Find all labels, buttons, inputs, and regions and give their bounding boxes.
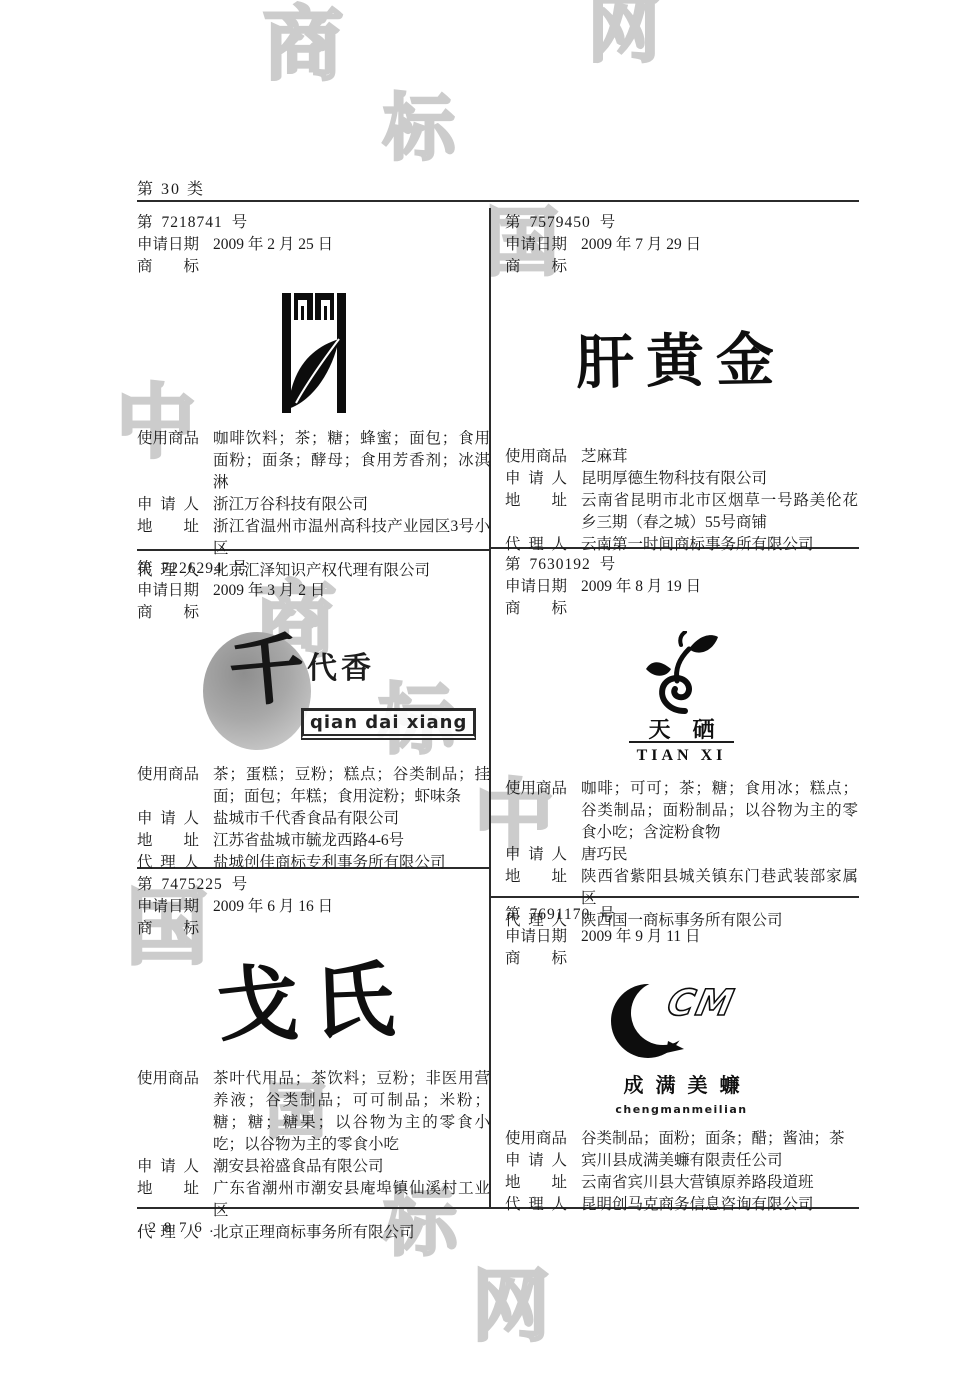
no-suffix: 号 (600, 556, 616, 573)
application-date: 2009 年 6 月 16 日 (213, 896, 490, 918)
date-label: 申请日期 (137, 580, 199, 602)
mark-label: 商标 (505, 256, 567, 278)
applicant-line: 申请人 唐巧民 (505, 844, 858, 866)
logo-latin-text: TIAN XI (629, 741, 735, 767)
application-date: 2009 年 2 月 25 日 (213, 234, 490, 256)
applicant-value: 盐城市千代香食品有限公司 (213, 808, 490, 830)
address-label: 地址 (137, 516, 199, 538)
applicant-line: 申请人 浙江万谷科技有限公司 (137, 494, 490, 516)
applicant-line: 申请人 潮安县裕盛食品有限公司 (137, 1156, 490, 1178)
watermark-char: 商 (263, 5, 343, 85)
agent-label: 代理人 (137, 1222, 199, 1244)
registration-number: 7630192 (530, 556, 591, 573)
application-date-line: 申请日期 2009 年 7 月 29 日 (505, 234, 858, 256)
date-label: 申请日期 (505, 234, 567, 256)
no-suffix: 号 (599, 906, 615, 923)
agent-value: 云南第一时间商标事务所有限公司 (581, 534, 858, 556)
applicant-label: 申请人 (505, 1150, 567, 1172)
application-date: 2009 年 8 月 19 日 (581, 576, 858, 598)
registration-number-line: 第7691170号 (505, 904, 858, 926)
goods-label: 使用商品 (137, 764, 199, 786)
mark-label-line: 商标 (505, 256, 858, 278)
agent-line: 代理人 云南第一时间商标事务所有限公司 (505, 534, 858, 556)
goods-value: 咖啡饮料；茶；糖；蜂蜜；面包；食用面粉；面条；酵母；食用芳香剂；冰淇淋 (213, 428, 490, 494)
address-line: 地址 浙江省温州市温州高科技产业园区3号小区 (137, 516, 490, 560)
trademark-entry: 第7579450号 申请日期 2009 年 7 月 29 日 商标 肝黄金 使用… (505, 212, 858, 556)
trademark-logo-qiandaixiang: 千 代香 qian dai xiang (137, 624, 490, 764)
agent-line: 代理人 盐城创佳商标专利事务所有限公司 (137, 852, 490, 874)
application-date-line: 申请日期 2009 年 3 月 2 日 (137, 580, 490, 602)
applicant-label: 申请人 (137, 1156, 199, 1178)
no-prefix: 第 (137, 876, 153, 893)
registration-number: 7226294 (162, 560, 223, 577)
goods-label: 使用商品 (505, 778, 567, 800)
application-date-line: 申请日期 2009 年 2 月 25 日 (137, 234, 490, 256)
logo-monogram: CM (665, 993, 736, 1015)
applicant-value: 宾川县成满美蠊有限责任公司 (581, 1150, 858, 1172)
address-line: 地址 江苏省盐城市毓龙西路4-6号 (137, 830, 490, 852)
trademark-entry: 第7226294号 申请日期 2009 年 3 月 2 日 商标 千 代香 qi… (137, 558, 490, 874)
logo-calligraphy-text: 戈氏 (217, 990, 410, 1019)
door-leaf-icon (282, 293, 346, 413)
mark-label-line: 商标 (505, 948, 858, 970)
application-date-line: 申请日期 2009 年 6 月 16 日 (137, 896, 490, 918)
no-prefix: 第 (505, 906, 521, 923)
applicant-label: 申请人 (505, 468, 567, 490)
applicant-line: 申请人 宾川县成满美蠊有限责任公司 (505, 1150, 858, 1172)
trademark-entry: 第7218741号 申请日期 2009 年 2 月 25 日 商标 使用商品 咖… (137, 212, 490, 582)
agent-line: 代理人 昆明创马克商务信息咨询有限公司 (505, 1194, 858, 1216)
goods-value: 芝麻茸 (581, 446, 858, 468)
trademark-entry: 第7691170号 申请日期 2009 年 9 月 11 日 商标 CM 成满美… (505, 904, 858, 1216)
mark-label-line: 商标 (505, 598, 858, 620)
no-prefix: 第 (505, 556, 521, 573)
applicant-line: 申请人 盐城市千代香食品有限公司 (137, 808, 490, 830)
agent-label: 代理人 (137, 852, 199, 874)
date-label: 申请日期 (137, 896, 199, 918)
mark-label: 商标 (137, 602, 199, 624)
logo-sub-chars: 代香 (307, 654, 375, 684)
mark-label: 商标 (137, 918, 199, 940)
header-rule (137, 200, 859, 202)
address-value: 云南省昆明市北市区烟草一号路美伦花乡三期（春之城）55号商铺 (581, 490, 858, 534)
goods-label: 使用商品 (505, 446, 567, 468)
mark-label-line: 商标 (137, 602, 490, 624)
trademark-logo-geshi: 戈氏 (137, 940, 490, 1068)
logo-calligraphy-text: 肝黄金 (576, 349, 786, 375)
no-prefix: 第 (505, 214, 521, 231)
class-header: 第 30 类 (137, 176, 205, 199)
applicant-value: 浙江万谷科技有限公司 (213, 494, 490, 516)
registration-number: 7691170 (530, 906, 591, 923)
trademark-entry: 第7630192号 申请日期 2009 年 8 月 19 日 商标 天硒 TIA… (505, 554, 858, 932)
registration-number: 7218741 (162, 214, 223, 231)
goods-value: 茶叶代用品；茶饮料；豆粉；非医用营养液；谷类制品；可可制品；米粉；糖；糖；糖果；… (213, 1068, 490, 1156)
registration-number-line: 第7475225号 (137, 874, 490, 896)
date-label: 申请日期 (505, 926, 567, 948)
goods-line: 使用商品 咖啡饮料；茶；糖；蜂蜜；面包；食用面粉；面条；酵母；食用芳香剂；冰淇淋 (137, 428, 490, 494)
applicant-value: 唐巧民 (581, 844, 858, 866)
applicant-line: 申请人 昆明厚德生物科技有限公司 (505, 468, 858, 490)
goods-line: 使用商品 芝麻茸 (505, 446, 858, 468)
goods-label: 使用商品 (137, 1068, 199, 1090)
agent-value: 昆明创马克商务信息咨询有限公司 (581, 1194, 858, 1216)
address-value: 浙江省温州市温州高科技产业园区3号小区 (213, 516, 490, 560)
no-suffix: 号 (232, 214, 248, 231)
trademark-logo-ganhuangjin: 肝黄金 (505, 278, 858, 446)
registration-number: 7475225 (162, 876, 223, 893)
address-label: 地址 (137, 830, 199, 852)
goods-line: 使用商品 茶叶代用品；茶饮料；豆粉；非医用营养液；谷类制品；可可制品；米粉；糖；… (137, 1068, 490, 1156)
address-value: 广东省潮州市潮安县庵埠镇仙溪村工业区 (213, 1178, 490, 1222)
logo-cn-text: 天硒 (626, 719, 736, 741)
address-line: 地址 广东省潮州市潮安县庵埠镇仙溪村工业区 (137, 1178, 490, 1222)
goods-line: 使用商品 谷类制品；面粉；面条；醋；酱油；茶 (505, 1128, 858, 1150)
mark-label: 商标 (137, 256, 199, 278)
application-date: 2009 年 9 月 11 日 (581, 926, 858, 948)
address-label: 地址 (505, 490, 567, 512)
mark-label-line: 商标 (137, 256, 490, 278)
goods-value: 谷类制品；面粉；面条；醋；酱油；茶 (581, 1128, 858, 1150)
agent-value: 北京正理商标事务所有限公司 (213, 1222, 490, 1244)
logo-latin-text: chengmanmeilian (615, 1099, 747, 1121)
registration-number-line: 第7579450号 (505, 212, 858, 234)
logo-latin-text: qian dai xiang (301, 708, 476, 740)
watermark-char: 网 (472, 1268, 550, 1346)
registration-number-line: 第7218741号 (137, 212, 490, 234)
application-date: 2009 年 7 月 29 日 (581, 234, 858, 256)
logo-main-char: 千 (226, 631, 308, 713)
goods-label: 使用商品 (505, 1128, 567, 1150)
mark-label-line: 商标 (137, 918, 490, 940)
applicant-label: 申请人 (505, 844, 567, 866)
registration-number-line: 第7630192号 (505, 554, 858, 576)
application-date-line: 申请日期 2009 年 8 月 19 日 (505, 576, 858, 598)
date-label: 申请日期 (137, 234, 199, 256)
no-suffix: 号 (232, 560, 248, 577)
trademark-entry: 第7475225号 申请日期 2009 年 6 月 16 日 商标 戈氏 使用商… (137, 874, 490, 1244)
applicant-value: 昆明厚德生物科技有限公司 (581, 468, 858, 490)
address-line: 地址 云南省昆明市北市区烟草一号路美伦花乡三期（春之城）55号商铺 (505, 490, 858, 534)
watermark-char: 标 (383, 92, 455, 164)
agent-value: 盐城创佳商标专利事务所有限公司 (213, 852, 490, 874)
goods-value: 茶；蛋糕；豆粉；糕点；谷类制品；挂面；面包；年糕；食用淀粉；虾味条 (213, 764, 490, 808)
mark-label: 商标 (505, 948, 567, 970)
date-label: 申请日期 (505, 576, 567, 598)
application-date: 2009 年 3 月 2 日 (213, 580, 490, 602)
trademark-logo-tianxi: 天硒 TIAN XI (505, 620, 858, 778)
mark-label: 商标 (505, 598, 567, 620)
agent-line: 代理人 北京正理商标事务所有限公司 (137, 1222, 490, 1244)
goods-line: 使用商品 茶；蛋糕；豆粉；糕点；谷类制品；挂面；面包；年糕；食用淀粉；虾味条 (137, 764, 490, 808)
no-suffix: 号 (600, 214, 616, 231)
agent-label: 代理人 (505, 534, 567, 556)
applicant-label: 申请人 (137, 808, 199, 830)
registration-number-line: 第7226294号 (137, 558, 490, 580)
no-prefix: 第 (137, 214, 153, 231)
logo-cn-text: 成满美蠊 (612, 1075, 752, 1097)
registration-number: 7579450 (530, 214, 591, 231)
watermark-char: 网 (588, 0, 660, 66)
goods-line: 使用商品 咖啡；可可；茶；糖；食用冰；糕点；谷类制品；面粉制品；以谷物为主的零食… (505, 778, 858, 844)
application-date-line: 申请日期 2009 年 9 月 11 日 (505, 926, 858, 948)
address-label: 地址 (505, 866, 567, 888)
address-line: 地址 云南省宾川县大营镇原养路段道班 (505, 1172, 858, 1194)
no-prefix: 第 (137, 560, 153, 577)
address-label: 地址 (505, 1172, 567, 1194)
applicant-label: 申请人 (137, 494, 199, 516)
address-label: 地址 (137, 1178, 199, 1200)
plant-swirl-icon (645, 631, 719, 715)
agent-label: 代理人 (505, 1194, 567, 1216)
address-value: 江苏省盐城市毓龙西路4-6号 (213, 830, 490, 852)
applicant-value: 潮安县裕盛食品有限公司 (213, 1156, 490, 1178)
trademark-logo-door-leaf (137, 278, 490, 428)
address-value: 云南省宾川县大营镇原养路段道班 (581, 1172, 858, 1194)
goods-value: 咖啡；可可；茶；糖；食用冰；糕点；谷类制品；面粉制品；以谷物为主的零食小吃；含淀… (581, 778, 858, 844)
goods-label: 使用商品 (137, 428, 199, 450)
no-suffix: 号 (232, 876, 248, 893)
trademark-logo-chengmanmeilian: CM 成满美蠊 chengmanmeilian (505, 970, 858, 1128)
